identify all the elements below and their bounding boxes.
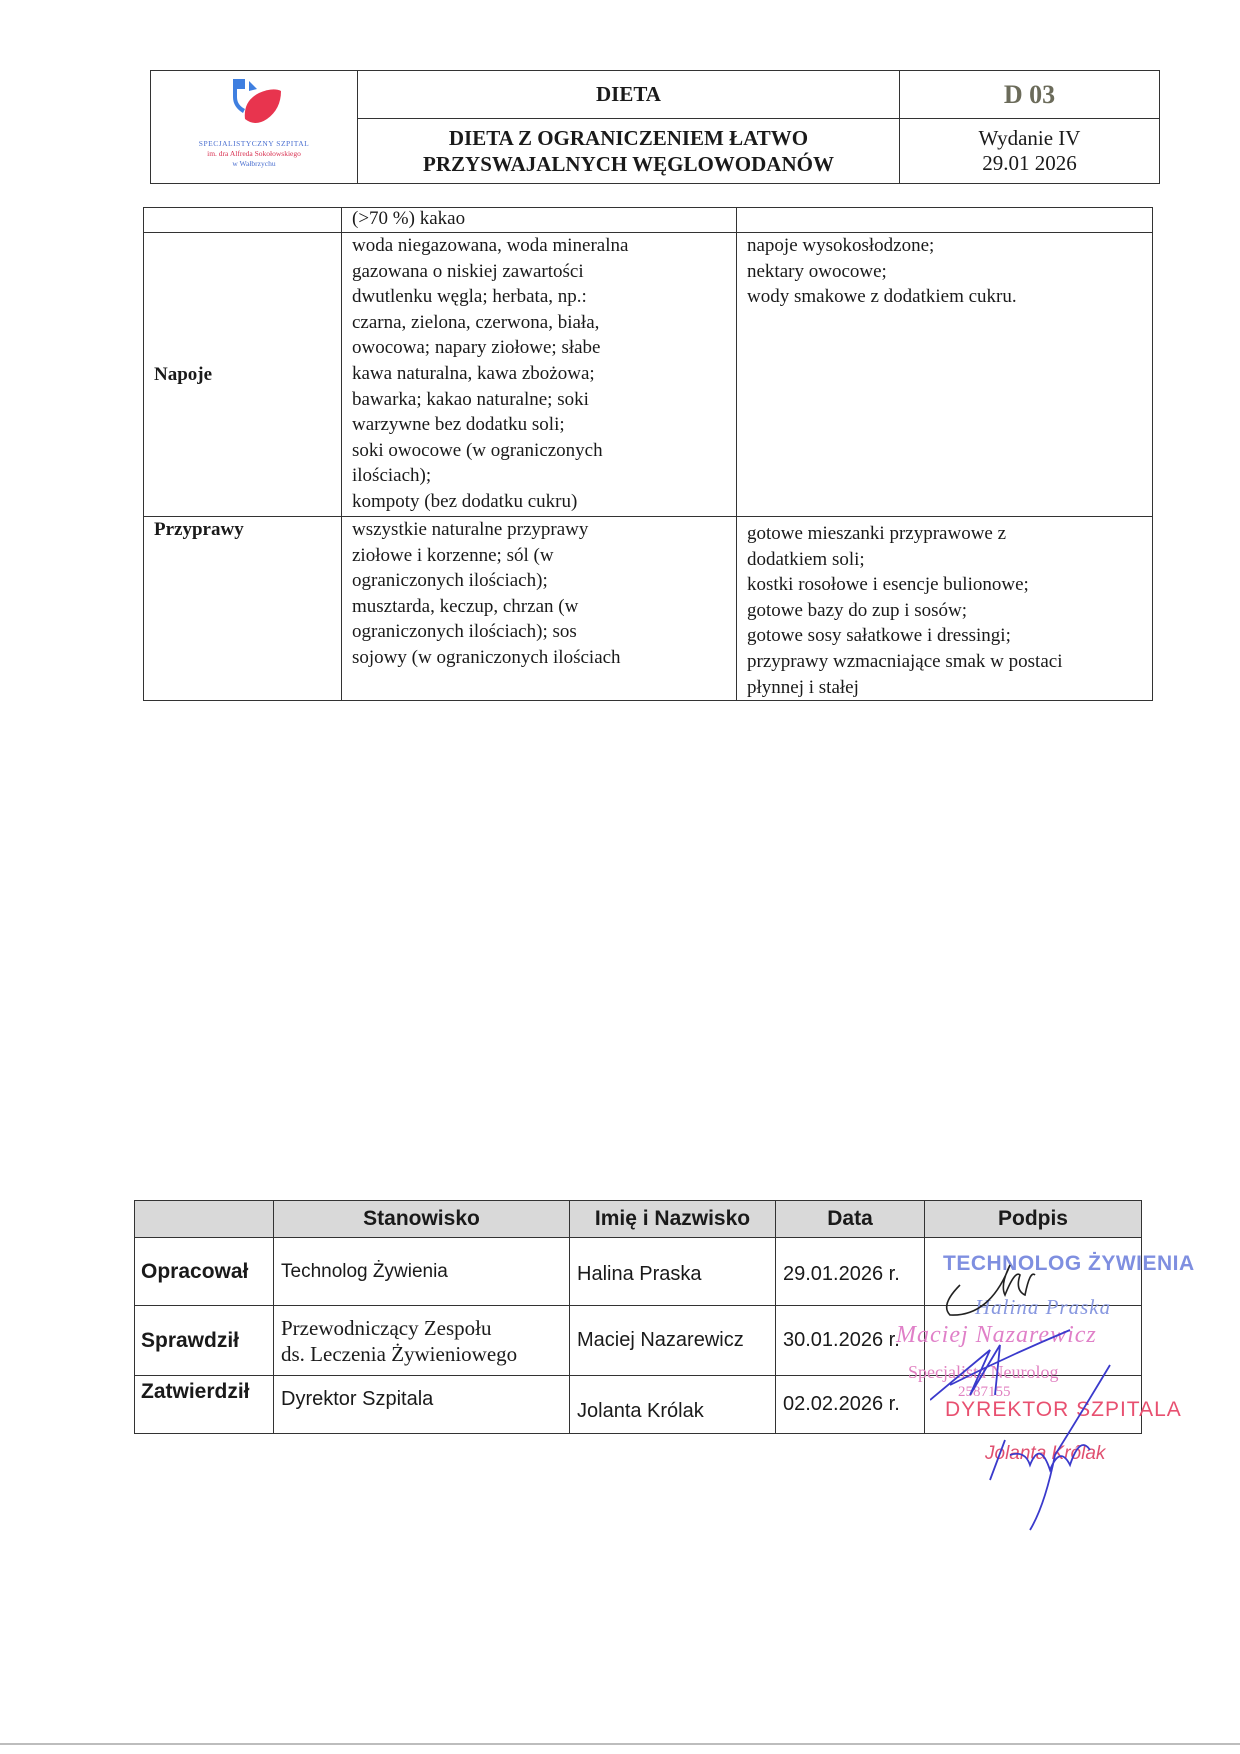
line: płynnej i stałej [747, 675, 1142, 701]
name-cell: Jolanta Królak [570, 1376, 776, 1434]
logo-line1: SPECJALISTYCZNY SZPITAL [151, 139, 357, 149]
table-row: Przyprawy wszystkie naturalne przyprawy … [144, 517, 1153, 701]
position-line1: Przewodniczący Zespołu [281, 1315, 568, 1341]
date-cell: 30.01.2026 r. [776, 1306, 925, 1376]
line: woda niegazowana, woda mineralna [352, 233, 726, 259]
table-row: Opracował Technolog Żywienia Halina Pras… [135, 1238, 1142, 1306]
position-line2: ds. Leczenia Żywieniowego [281, 1341, 568, 1367]
category-cell [144, 208, 342, 233]
line: musztarda, keczup, chrzan (w [352, 594, 726, 620]
table-row: (>70 %) kakao [144, 208, 1153, 233]
line: bawarka; kakao naturalne; soki [352, 387, 726, 413]
line: kawa naturalna, kawa zbożowa; [352, 361, 726, 387]
name-cell: Halina Praska [570, 1238, 776, 1306]
role-cell: Zatwierdził [135, 1376, 274, 1434]
line: gotowe sosy sałatkowe i dressingi; [747, 623, 1142, 649]
forbidden-cell [737, 208, 1153, 233]
line: ograniczonych ilościach); [352, 568, 726, 594]
role-cell: Sprawdził [135, 1306, 274, 1376]
header-position: Stanowisko [274, 1201, 570, 1238]
line: dwutlenku węgla; herbata, np.: [352, 284, 726, 310]
category-cell: Przyprawy [144, 517, 342, 701]
line: kostki rosołowe i esencje bulionowe; [747, 572, 1142, 598]
name-cell: Maciej Nazarewicz [570, 1306, 776, 1376]
line: soki owocowe (w ograniczonych [352, 438, 726, 464]
logo-line2: im. dra Alfreda Sokołowskiego [151, 149, 357, 159]
header-date: Data [776, 1201, 925, 1238]
diet-table: (>70 %) kakao Napoje woda niegazowana, w… [143, 207, 1153, 701]
header-blank [135, 1201, 274, 1238]
position-cell: Technolog Żywienia [274, 1238, 570, 1306]
allowed-cell: wszystkie naturalne przyprawy ziołowe i … [342, 517, 737, 701]
line: (>70 %) kakao [352, 208, 726, 230]
line: ilościach); [352, 463, 726, 489]
hospital-logo: SPECJALISTYCZNY SZPITAL im. dra Alfreda … [151, 71, 358, 183]
date-cell: 02.02.2026 r. [776, 1376, 925, 1434]
line: czarna, zielona, czerwona, biała, [352, 310, 726, 336]
page-bottom-line [0, 1743, 1240, 1745]
line: warzywne bez dodatku soli; [352, 412, 726, 438]
position-cell: Dyrektor Szpitala [274, 1376, 570, 1434]
logo-line3: w Wałbrzychu [151, 159, 357, 169]
signature-cell [925, 1376, 1142, 1434]
header-row: Stanowisko Imię i Nazwisko Data Podpis [135, 1201, 1142, 1238]
line: ograniczonych ilościach); sos [352, 619, 726, 645]
line: dodatkiem soli; [747, 547, 1142, 573]
document-header: SPECJALISTYCZNY SZPITAL im. dra Alfreda … [150, 70, 1160, 184]
section-label: DIETA [358, 71, 900, 119]
forbidden-cell: napoje wysokosłodzone; nektary owocowe; … [737, 233, 1153, 517]
role-cell: Opracował [135, 1238, 274, 1306]
document-title: DIETA Z OGRANICZENIEM ŁATWO PRZYSWAJALNY… [358, 119, 900, 183]
approvals-table: Stanowisko Imię i Nazwisko Data Podpis O… [134, 1200, 1142, 1434]
signature-cell [925, 1238, 1142, 1306]
position-cell: Przewodniczący Zespołu ds. Leczenia Żywi… [274, 1306, 570, 1376]
forbidden-cell: gotowe mieszanki przyprawowe z dodatkiem… [737, 517, 1153, 701]
line: gotowe mieszanki przyprawowe z [747, 521, 1142, 547]
line: przyprawy wzmacniające smak w postaci [747, 649, 1142, 675]
line: napoje wysokosłodzone; [747, 233, 1142, 259]
edition-date: 29.01 2026 [982, 151, 1077, 176]
allowed-cell: woda niegazowana, woda mineralna gazowan… [342, 233, 737, 517]
line: sojowy (w ograniczonych ilościach [352, 645, 726, 671]
line: gazowana o niskiej zawartości [352, 259, 726, 285]
title-line1: DIETA Z OGRANICZENIEM ŁATWO [449, 125, 808, 151]
line: gotowe bazy do zup i sosów; [747, 598, 1142, 624]
table-row: Sprawdził Przewodniczący Zespołu ds. Lec… [135, 1306, 1142, 1376]
line: wody smakowe z dodatkiem cukru. [747, 284, 1142, 310]
table-row: Zatwierdził Dyrektor Szpitala Jolanta Kr… [135, 1376, 1142, 1434]
director-stamp-name: Jolanta Królak [985, 1443, 1105, 1465]
line: owocowa; napary ziołowe; słabe [352, 335, 726, 361]
document-code: D 03 [900, 71, 1159, 119]
signature-cell [925, 1306, 1142, 1376]
edition-info: Wydanie IV 29.01 2026 [900, 119, 1159, 183]
line: ziołowe i korzenne; sól (w [352, 543, 726, 569]
shield-heart-icon [231, 79, 283, 135]
allowed-cell: (>70 %) kakao [342, 208, 737, 233]
line: nektary owocowe; [747, 259, 1142, 285]
header-name: Imię i Nazwisko [570, 1201, 776, 1238]
edition-label: Wydanie IV [979, 126, 1081, 151]
header-signature: Podpis [925, 1201, 1142, 1238]
line: wszystkie naturalne przyprawy [352, 517, 726, 543]
title-line2: PRZYSWAJALNYCH WĘGLOWODANÓW [423, 151, 834, 177]
date-cell: 29.01.2026 r. [776, 1238, 925, 1306]
line: kompoty (bez dodatku cukru) [352, 489, 726, 515]
table-row: Napoje woda niegazowana, woda mineralna … [144, 233, 1153, 517]
category-cell: Napoje [144, 233, 342, 517]
